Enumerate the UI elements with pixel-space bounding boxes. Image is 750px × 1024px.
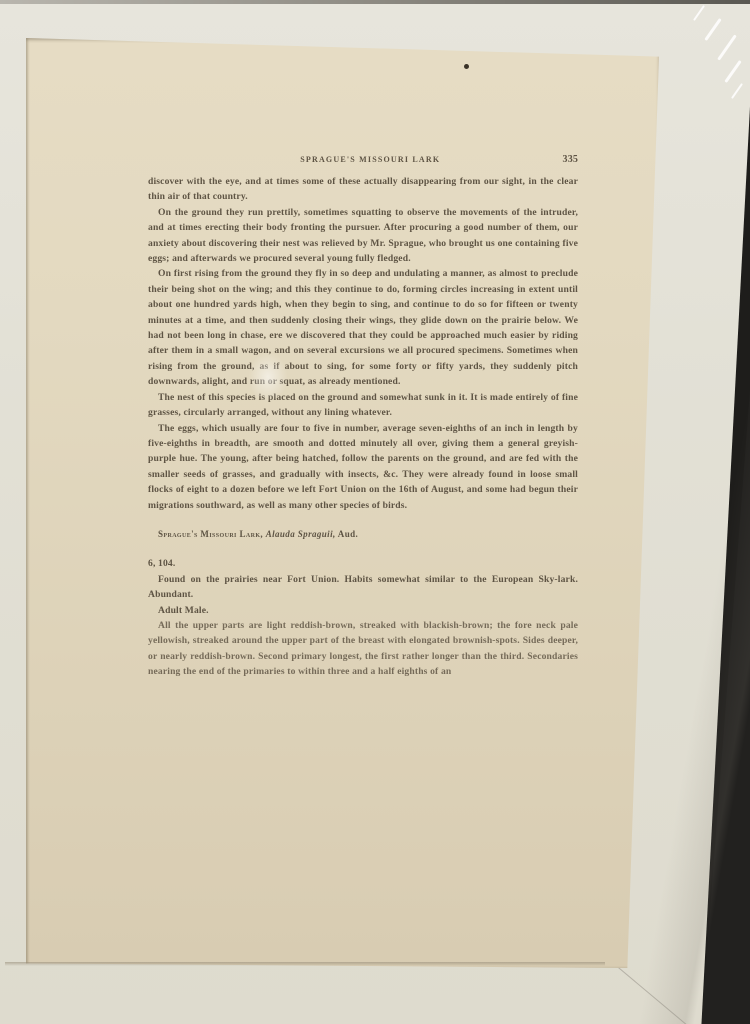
species-latin-name: Alauda Spraguii, — [266, 529, 336, 539]
paragraph: On the ground they run prettily, sometim… — [148, 205, 578, 267]
page-bottom-edge — [5, 962, 605, 966]
pinhole-mark — [464, 64, 469, 69]
specimen-number: 6, 104. — [148, 556, 578, 571]
page-number: 335 — [563, 152, 578, 167]
paragraph: The eggs, which usually are four to five… — [148, 421, 578, 513]
species-common-name: Sprague's Missouri Lark, — [158, 529, 263, 539]
running-head: Sprague's Missouri Lark 335 — [148, 152, 578, 170]
description-paragraph: Found on the prairies near Fort Union. H… — [148, 572, 578, 603]
reflection-smudge — [248, 352, 288, 402]
species-author: Aud. — [338, 529, 358, 539]
species-heading: Sprague's Missouri Lark, Alauda Spraguii… — [148, 527, 578, 542]
description-paragraph: All the upper parts are light reddish-br… — [148, 618, 578, 680]
running-head-title: Sprague's Missouri Lark — [148, 152, 563, 167]
description-subheading: Adult Male. — [148, 603, 578, 618]
paragraph: discover with the eye, and at times some… — [148, 174, 578, 205]
page-text-block: Sprague's Missouri Lark 335 discover wit… — [148, 152, 578, 680]
paragraph: On first rising from the ground they fly… — [148, 266, 578, 389]
paragraph: The nest of this species is placed on th… — [148, 390, 578, 421]
